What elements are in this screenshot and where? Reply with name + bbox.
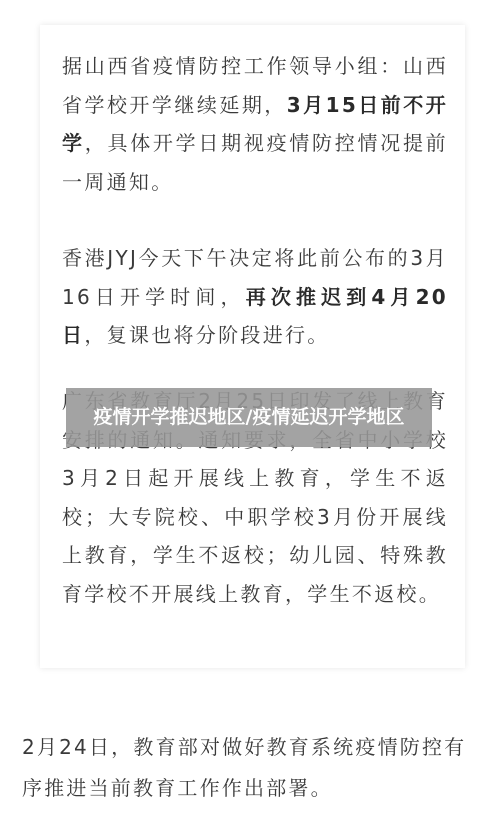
- overlay-title: 疫情开学推迟地区/疫情延迟开学地区: [79, 406, 419, 429]
- quote-card: 据山西省疫情防控工作领导小组：山西省学校开学继续延期，3月15日前不开学，具体开…: [40, 25, 465, 668]
- paragraph-hongkong: 香港JYJ今天下午决定将此前公布的3月16日开学时间，再次推迟到4月20日，复课…: [62, 239, 448, 355]
- paragraph-shanxi: 据山西省疫情防控工作领导小组：山西省学校开学继续延期，3月15日前不开学，具体开…: [62, 47, 448, 201]
- paragraph-text: ，复课也将分阶段进行。: [84, 323, 329, 347]
- paragraph-ministry: 2月24日，教育部对做好教育系统疫情防控有序推进当前教育工作作出部署。: [22, 727, 480, 809]
- title-overlay-banner: 疫情开学推迟地区/疫情延迟开学地区: [66, 388, 432, 447]
- paragraph-text: ，具体开学日期视疫情防控情况提前一周通知。: [62, 131, 448, 194]
